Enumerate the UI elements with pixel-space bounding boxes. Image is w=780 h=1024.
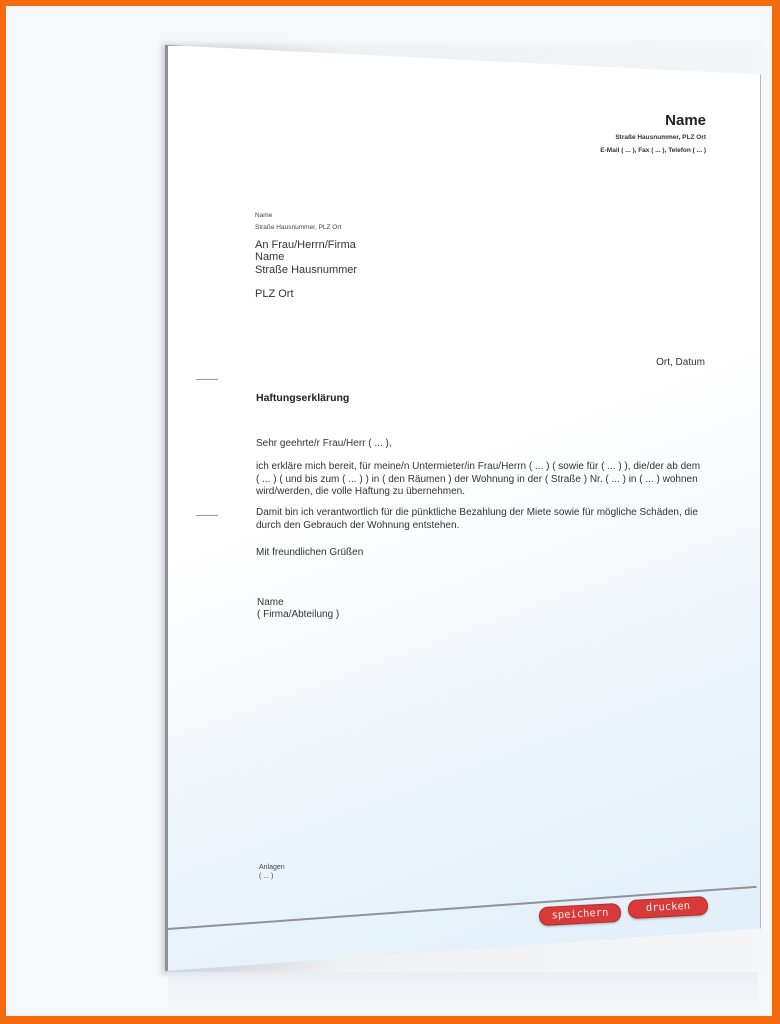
recipient-line-2: Name: [255, 251, 284, 264]
recipient-line-4: PLZ Ort: [255, 288, 294, 301]
punch-mark: [196, 515, 218, 516]
sender-contact: E-Mail ( ... ), Fax ( ... ), Telefon ( .…: [520, 147, 706, 154]
attachments-value: ( ... ): [259, 873, 273, 880]
salutation: Sehr geehrte/r Frau/Herr ( ... ),: [256, 438, 706, 451]
attachments-label: Anlagen: [259, 864, 285, 871]
closing: Mit freundlichen Grüßen: [256, 547, 706, 560]
sheet-reflection: [168, 972, 758, 1012]
recipient-line-1: An Frau/Herrn/Firma: [255, 239, 356, 252]
return-address-name: Name: [255, 212, 272, 219]
return-address-street: Straße Hausnummer, PLZ Ort: [255, 224, 341, 231]
subject-heading: Haftungserklärung: [256, 392, 349, 404]
paragraph-2: Damit bin ich verantwortlich für die pün…: [256, 507, 706, 532]
paragraph-1: ich erkläre mich bereit, für meine/n Unt…: [256, 461, 706, 499]
signature-department: ( Firma/Abteilung ): [257, 609, 707, 622]
fold-mark: [196, 379, 218, 380]
place-date: Ort, Datum: [600, 357, 705, 370]
recipient-line-3: Straße Hausnummer: [255, 264, 357, 277]
sender-address: Straße Hausnummer, PLZ Ort: [520, 134, 706, 141]
sender-name: Name: [560, 112, 706, 129]
signature-name: Name: [257, 597, 707, 610]
